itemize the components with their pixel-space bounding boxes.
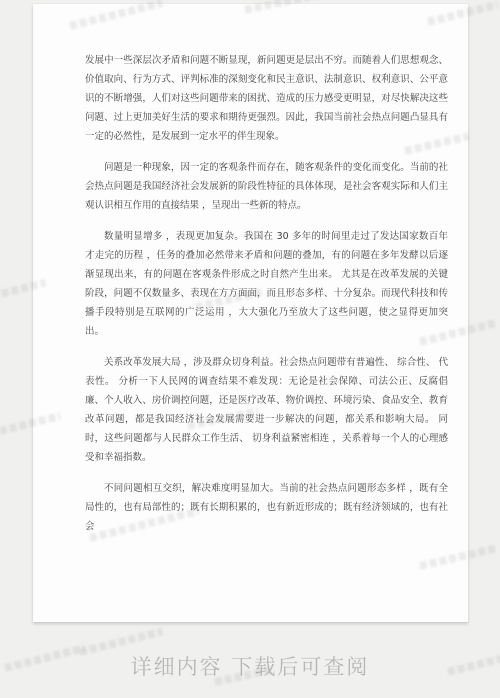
paragraph: 问题是一种现象，因一定的客观条件而存在，随客观条件的变化而变化。当前的社会热点问… [85, 158, 448, 215]
document-page: 发展中一些深层次矛盾和问题不断显现，新问题更是层出不穷。而随着人们思想观念、价值… [33, 4, 468, 622]
preview-footer-note: 详细内容 下载后可查阅 [0, 650, 500, 684]
paragraph: 不同问题相互交织，解决难度明显加大。当前的社会热点问题形态多样 ，既有全局性的，… [85, 479, 448, 536]
document-preview: 发展中一些深层次矛盾和问题不断显现，新问题更是层出不穷。而随着人们思想观念、价值… [0, 0, 500, 698]
paragraph: 数量明显增多 ，表现更加复杂。我国在 30 多年的时间里走过了发达国家数百年才走… [85, 227, 448, 341]
paragraph: 关系改革发展大局 ，涉及群众切身利益。社会热点问题带有普遍性、 综合性、 代表性… [85, 353, 448, 467]
document-body: 发展中一些深层次矛盾和问题不断显现，新问题更是层出不穷。而随着人们思想观念、价值… [85, 51, 448, 548]
paragraph: 发展中一些深层次矛盾和问题不断显现，新问题更是层出不穷。而随着人们思想观念、价值… [85, 51, 448, 146]
